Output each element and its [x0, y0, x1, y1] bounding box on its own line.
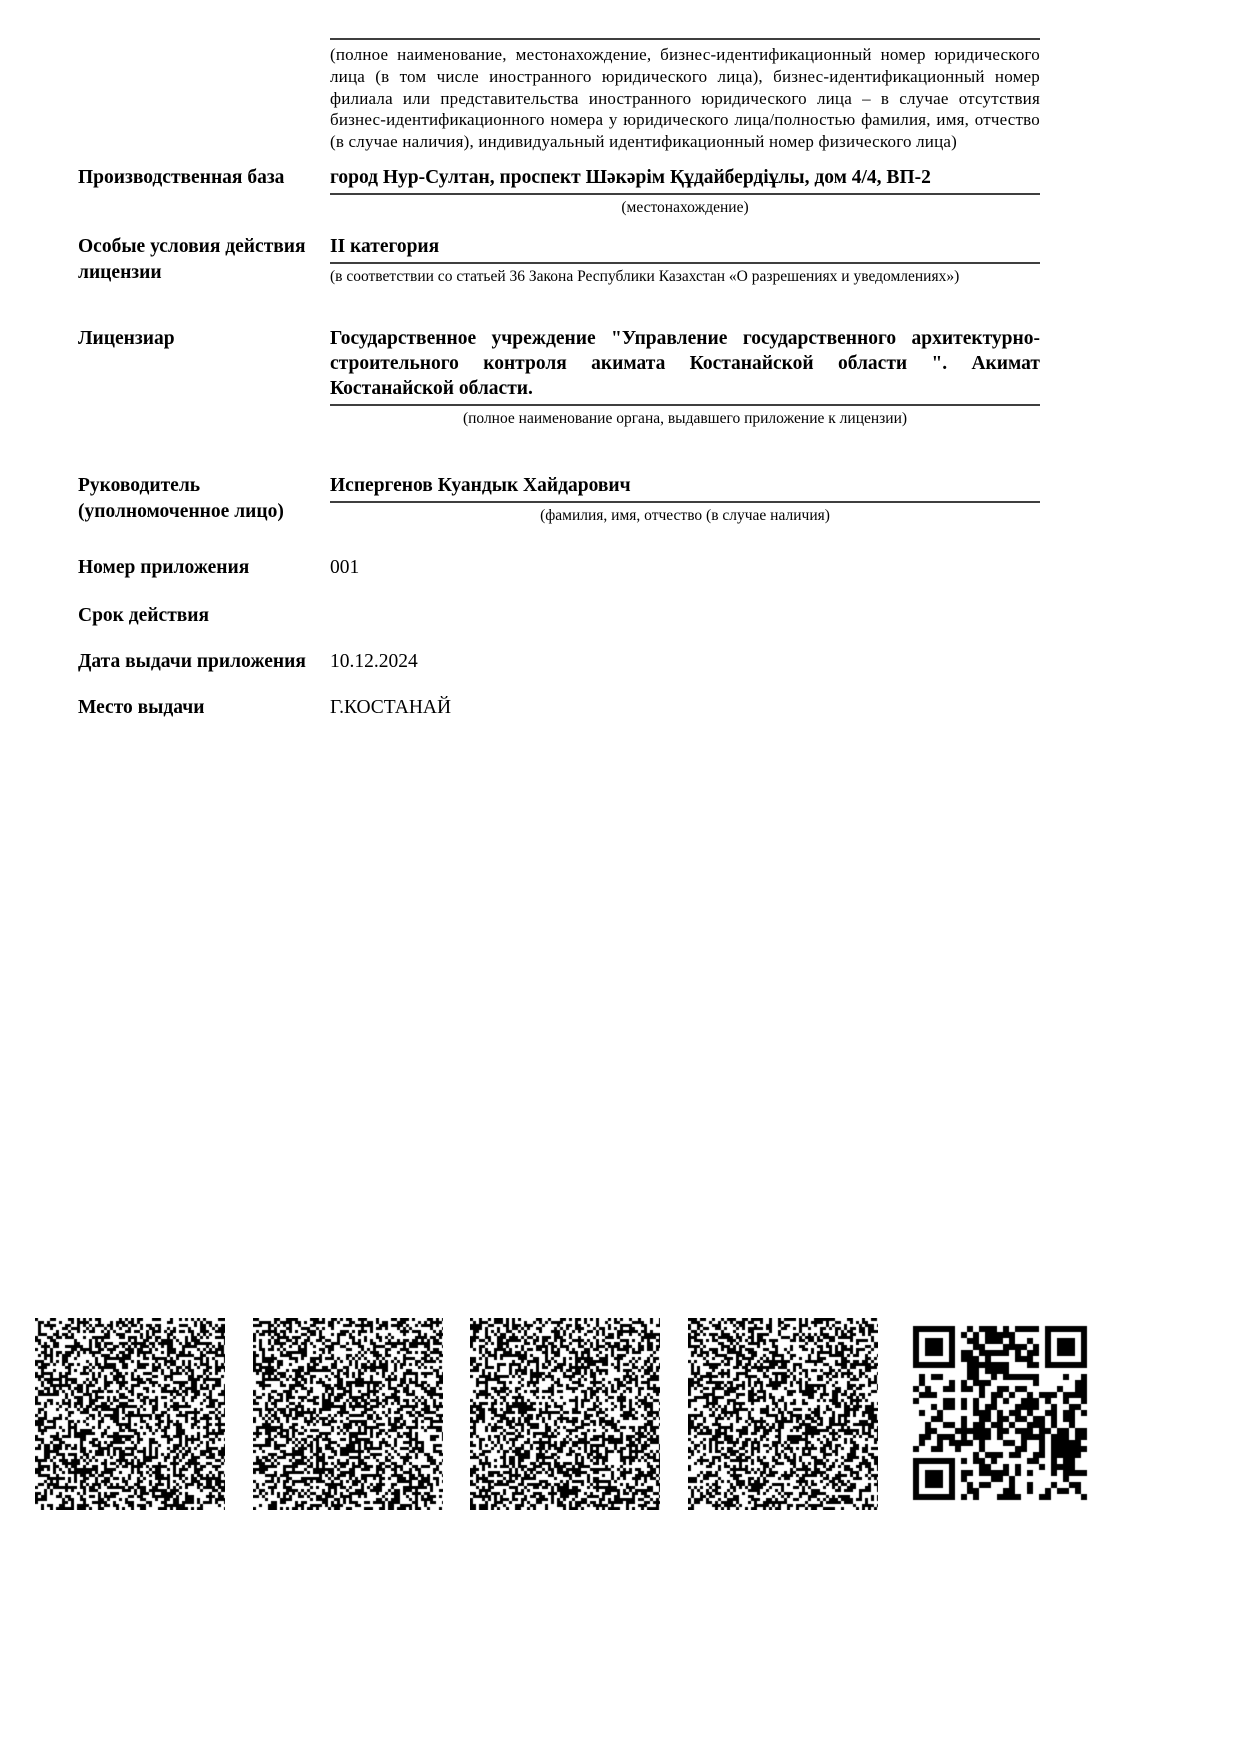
field-row-production-base: Производственная база город Нур-Султан, … [78, 165, 1040, 217]
head-label: Руководитель (уполномоченное лицо) [78, 473, 330, 525]
appendix-number-label: Номер приложения [78, 555, 330, 581]
field-row-special-conditions: Особые условия действия лицензии II кате… [78, 234, 1040, 286]
special-conditions-caption: (в соответствии со статьей 36 Закона Рес… [330, 264, 1040, 286]
license-appendix-page: (полное наименование, местонахождение, б… [0, 0, 1241, 1754]
production-base-label: Производственная база [78, 165, 330, 191]
field-row-head: Руководитель (уполномоченное лицо) Испер… [78, 473, 1040, 525]
top-rule [330, 38, 1040, 40]
licensor-caption: (полное наименование органа, выдавшего п… [330, 406, 1040, 428]
field-row-issue-date: Дата выдачи приложения 10.12.2024 [78, 649, 1040, 675]
head-value: Испергенов Куандык Хайдарович [330, 473, 1040, 503]
digital-stamp-1 [35, 1318, 225, 1510]
production-base-value: город Нур-Султан, проспект Шәкәрім Құдай… [330, 165, 1040, 195]
field-row-appendix-number: Номер приложения 001 [78, 555, 1040, 581]
digital-stamp-4 [688, 1318, 878, 1510]
validity-label: Срок действия [78, 603, 330, 629]
special-conditions-label: Особые условия действия лицензии [78, 234, 330, 286]
subject-caption-block: (полное наименование, местонахождение, б… [330, 38, 1040, 153]
field-row-issue-place: Место выдачи Г.КОСТАНАЙ [78, 695, 1040, 721]
appendix-number-value: 001 [330, 555, 1040, 580]
subject-caption: (полное наименование, местонахождение, б… [330, 44, 1040, 153]
issue-date-label: Дата выдачи приложения [78, 649, 330, 675]
production-base-caption: (местонахождение) [330, 195, 1040, 217]
field-row-licensor: Лицензиар Государственное учреждение "Уп… [78, 326, 1040, 428]
field-row-validity: Срок действия [78, 603, 1040, 629]
issue-date-value: 10.12.2024 [330, 649, 1040, 674]
licensor-label: Лицензиар [78, 326, 330, 352]
issue-place-value: Г.КОСТАНАЙ [330, 695, 1040, 720]
licensor-value: Государственное учреждение "Управление г… [330, 326, 1040, 406]
head-caption: (фамилия, имя, отчество (в случае наличи… [330, 503, 1040, 525]
qr-code [905, 1318, 1095, 1508]
issue-place-label: Место выдачи [78, 695, 330, 721]
digital-stamp-2 [253, 1318, 443, 1510]
digital-stamps-row [35, 1318, 1095, 1510]
special-conditions-value: II категория [330, 234, 1040, 264]
digital-stamp-3 [470, 1318, 660, 1510]
